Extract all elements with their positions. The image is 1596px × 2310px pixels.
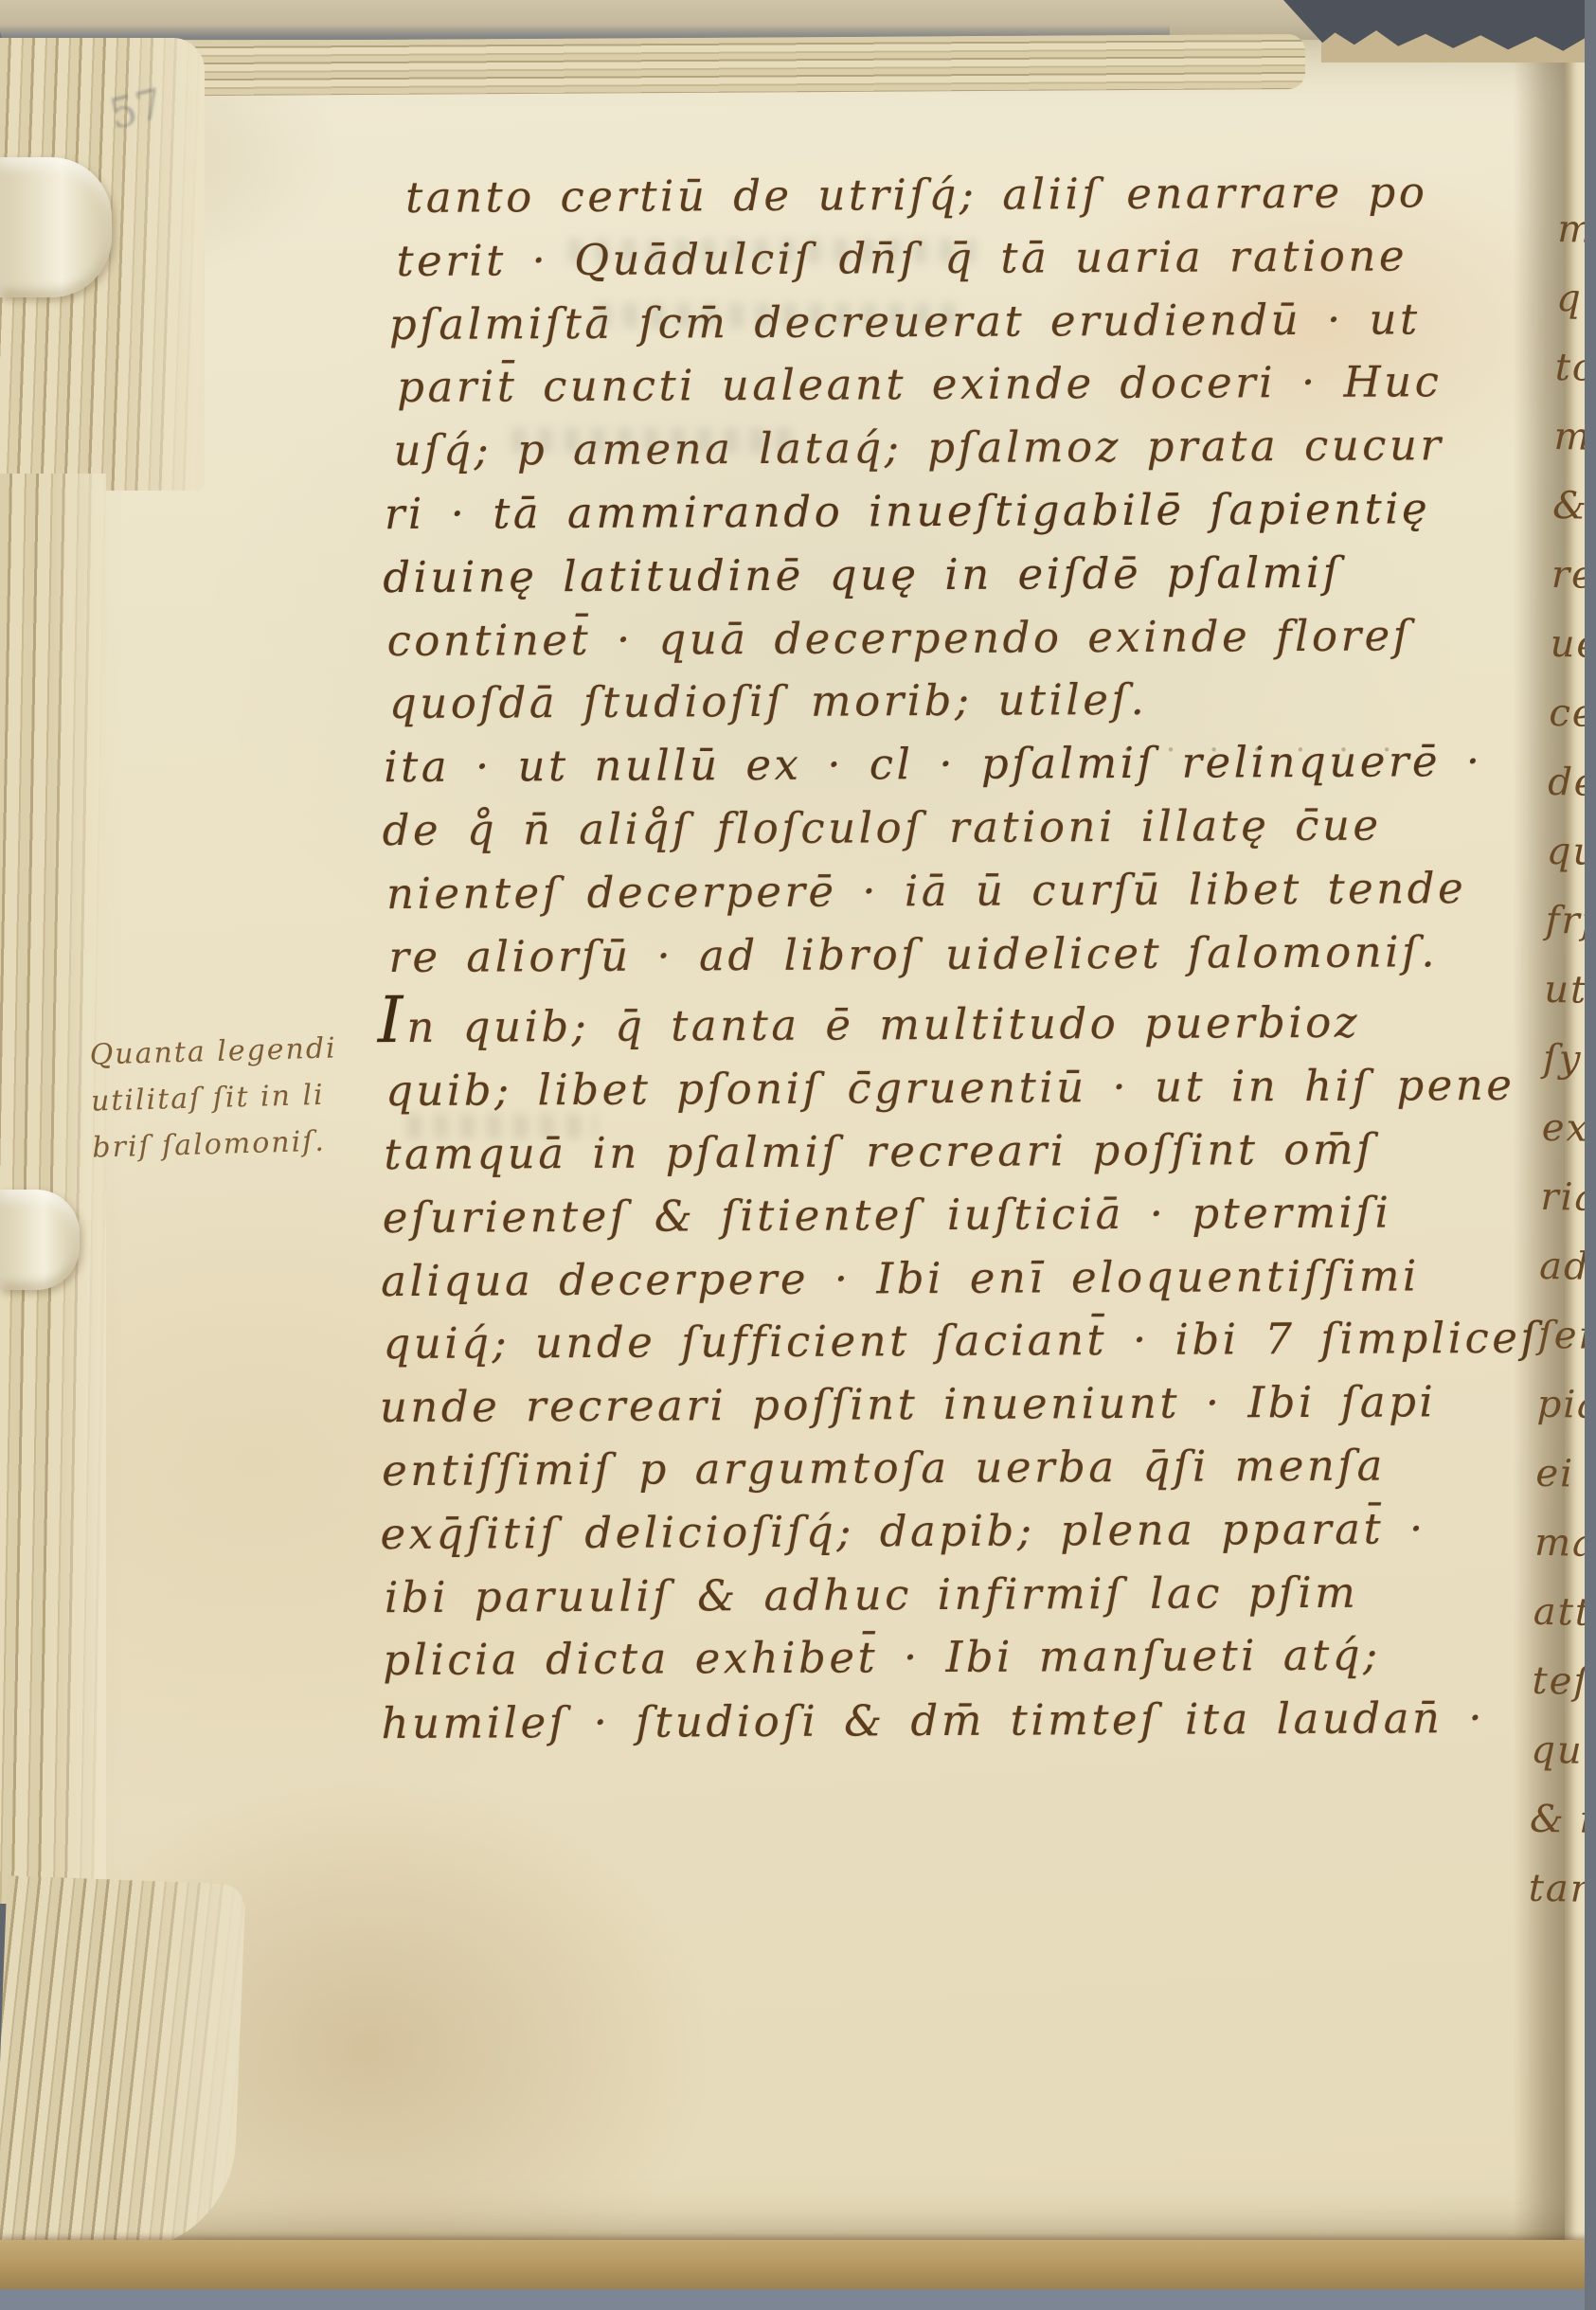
text-line: humileſ · ſtudioſi & dm̄ timteſ ita laud… [381,1687,1541,1756]
backdrop-right-edge [1585,0,1596,2310]
text-line: uſq́; p amena lataq́; pſalmoz prata cucu… [393,414,1534,483]
text-line: nienteſ decerperē · iā ū curſū libet ten… [386,856,1537,925]
text-line: quiq́; unde ſufficient ſaciant̄ · ibi 7 … [383,1307,1539,1376]
text-line: ibi paruuliſ & adhuc infirmiſ lac pſim [385,1560,1541,1629]
text-line: diuinę latitudinē quę in eiſdē pſalmiſ [383,540,1535,609]
text-line: pſalmiſtā ſcm̄ decreuerat erudiendū · ut [389,287,1534,356]
text-line: eſurienteſ & ſitienteſ iuſticiā · ptermi… [383,1180,1539,1249]
text-line: ri · tā ammirando inueſtigabilē ſapienti… [385,477,1535,546]
left-leaf-edges-bottom [0,1875,245,2255]
text-line: entiſſimiſ p argumtoſa uerba q̄ſi menſa [382,1434,1540,1503]
text-line: de q̊ n̄ aliq̊ſ floſculoſ rationi illatę… [382,794,1536,863]
text-line: tanto certiū de utriſq́; aliiſ enarrare … [405,161,1533,230]
text-line: tamquā in pſalmiſ recreari poſſint om̄ſ [384,1118,1538,1187]
book-tail-edge [0,2240,1596,2291]
page-top-edges [55,34,1305,97]
margin-note-line: Quanta legendi [89,1025,337,1078]
manuscript-photo: 57 Quanta legendiutilitaſ ſit in libriſ … [0,0,1596,2310]
text-line: In quib; q̄ tanta ē multitudo puerbioz [378,983,1538,1060]
erasure-dots: · · · · · · · [1122,731,1404,769]
margin-note-line: utilitaſ ſit in li [90,1071,338,1124]
left-leaf-edges-middle [0,474,106,1904]
text-line: terit · Quādulciſ dn̄ſ q̄ tā uaria ratio… [396,224,1533,294]
text-line: aliqua decerpere · Ibi enī eloquentiſſim… [381,1244,1539,1313]
parchment-tab-lower [0,1190,80,1290]
text-line: plicia dicta exhibet̄ · Ibi manſueti atq… [383,1623,1541,1692]
text-line: unde recreari poſſint inueniunt · Ibi ſa… [380,1370,1540,1440]
text-line: re aliorſū · ad libroſ uidelicet ſalomon… [388,920,1537,989]
margin-note: Quanta legendiutilitaſ ſit in libriſ ſal… [89,1025,340,1171]
parchment-tab-upper [0,157,112,297]
text-line: continet̄ · quā decerpendo exinde floreſ [386,603,1535,672]
text-line: parit̄ cuncti ualeant exinde doceri · Hu… [397,350,1534,420]
text-line: quib; libet pſoniſ c̄gruentiū · ut in hi… [386,1054,1538,1123]
text-line: exq̄ſitiſ delicioſiſq́; dapib; plena ppa… [380,1496,1540,1566]
backdrop-bottom-edge [0,2289,1596,2310]
text-line: quoſdā ſtudioſiſ morib; utileſ. [389,667,1536,736]
margin-note-line: briſ ſalomoniſ. [92,1118,340,1171]
main-text-block: tanto certiū de utriſq́; aliiſ enarrare … [396,161,1542,1756]
